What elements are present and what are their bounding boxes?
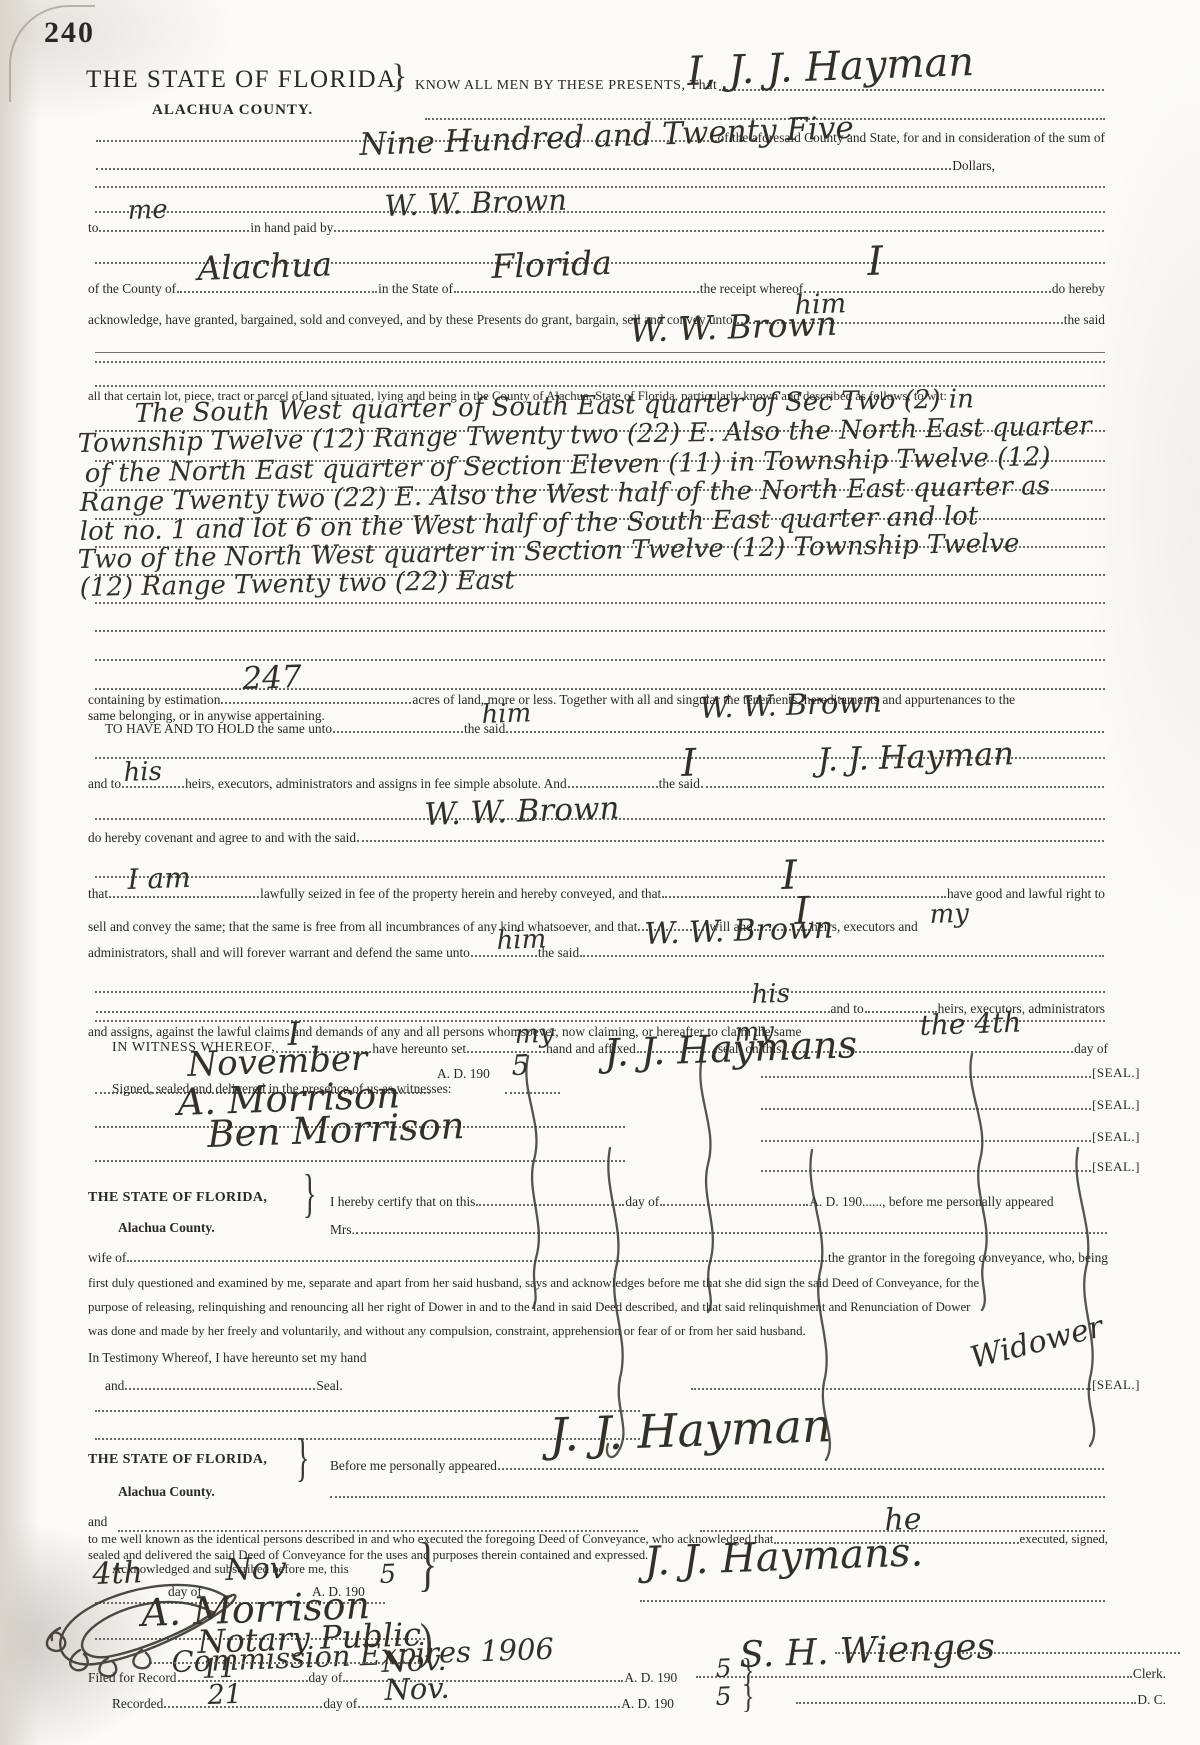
rule [164, 1706, 322, 1708]
grantor-signature-2-handwriting: J. J. Hayman [817, 737, 1014, 776]
testimony-label: In Testimony Whereof, I have hereunto se… [88, 1350, 367, 1366]
seal-row-2: [SEAL.] [760, 1098, 1140, 1113]
rule [95, 211, 1105, 213]
containing-row: containing by estimationacres of land, m… [88, 692, 1105, 707]
filed-year-handwriting: 5 [715, 1655, 732, 1681]
ack-day-handwriting: 4th [92, 1558, 143, 1590]
recorded-label: Recorded [112, 1696, 163, 1711]
rule [696, 1676, 1132, 1678]
seal-label-4: [SEAL.] [1092, 1160, 1140, 1175]
recorded-ad-label: A. D. 190 [621, 1696, 674, 1711]
dollars-label: Dollars, [952, 158, 995, 173]
rule [761, 1170, 1091, 1172]
rule [660, 1204, 808, 1206]
rule [506, 731, 1104, 733]
ack-state-title: THE STATE OF FLORIDA, [88, 1452, 267, 1468]
i-am-handwriting: I am [127, 864, 191, 894]
deed-record-page: 240 THE STATE OF FLORIDA, } ALACHUA COUN… [0, 0, 1200, 1745]
heirs-row: and toheirs, executors, administrators a… [88, 776, 1105, 791]
rule [568, 786, 658, 788]
date-handwriting: the 4th [919, 1008, 1022, 1040]
dollars-row: Dollars, [95, 158, 1105, 173]
rule [334, 230, 1104, 232]
my-handwriting: my [929, 901, 969, 928]
paid-by-row: toin hand paid by [88, 220, 1105, 235]
rule [330, 1496, 1105, 1498]
dower-seal-row: [SEAL.] [690, 1378, 1140, 1393]
covenant-label: do hereby covenant and agree to and with… [88, 830, 356, 845]
rule [498, 1468, 1104, 1470]
warrant-label: administrators, shall and will forever w… [88, 945, 470, 960]
mrs-row: Mrs. [330, 1222, 1108, 1237]
clerk-label: Clerk. [1133, 1666, 1166, 1681]
my1-handwriting: my [514, 1021, 554, 1048]
dower-day-of-label: day of [625, 1194, 659, 1209]
rule [761, 1108, 1091, 1110]
wife-of-row: wife ofthe grantor in the foregoing conv… [88, 1250, 1108, 1265]
rule [96, 1011, 830, 1013]
rule [467, 1051, 545, 1053]
to-have-row: TO HAVE AND TO HOLD the same untothe sai… [105, 721, 1105, 736]
rule [177, 291, 377, 293]
rule [796, 1702, 1136, 1704]
to-have-signature-handwriting: W. W. Brown [699, 688, 882, 723]
containing-label: containing by estimation [88, 692, 220, 707]
state-title: THE STATE OF FLORIDA, [86, 66, 404, 94]
state-handwriting: Florida [491, 246, 613, 283]
sell-label: sell and convey the same; that the same … [88, 919, 637, 934]
receipt-i-handwriting: I [867, 241, 884, 282]
to-have-label: TO HAVE AND TO HOLD the same unto [105, 721, 332, 736]
of-county-label: of the County of [88, 281, 176, 296]
clerk-row: Clerk. [695, 1666, 1166, 1681]
recorded-day-handwriting: 21 [207, 1681, 242, 1709]
ack-date-brace: } [418, 1528, 437, 1599]
county-subtitle: ALACHUA COUNTY. [152, 102, 313, 119]
seal-row-4: [SEAL.] [760, 1160, 1140, 1175]
opening-label: KNOW ALL MEN BY THESE PRESENTS, That [415, 78, 718, 94]
seal-row-3: [SEAL.] [760, 1130, 1140, 1145]
grantor-line-label: the grantor in the foregoing conveyance,… [828, 1250, 1108, 1265]
heirs-label: heirs, executors, administrators and ass… [185, 776, 567, 791]
the-said-label: the said [1064, 312, 1105, 327]
seal-row-1: [SEAL.] [760, 1066, 1140, 1081]
dower-county-title: Alachua County. [118, 1220, 215, 1236]
and-to2-label: and to [831, 1001, 864, 1016]
grantor-seal-signature-handwriting: J. J. Haymans [604, 1025, 858, 1072]
appeared-row: Before me personally appeared [330, 1458, 1105, 1473]
wife-of-label: wife of [88, 1250, 126, 1265]
dower-body-3: was done and made by her freely and volu… [88, 1324, 806, 1339]
rule [96, 168, 951, 170]
witness2-signature-handwriting: Ben Morrison [207, 1107, 465, 1153]
dower-seal-label: [SEAL.] [1092, 1378, 1140, 1393]
rule [95, 602, 1105, 604]
page-number: 240 [44, 16, 95, 50]
acres-handwriting: 247 [242, 662, 302, 695]
rule [580, 955, 1104, 957]
in-state-label: in the State of [378, 281, 453, 296]
receipt-label: the receipt whereof [700, 281, 803, 296]
ack-county-title: Alachua County. [118, 1484, 215, 1500]
rule [476, 1204, 624, 1206]
paid-by-handwriting: W. W. Brown [384, 186, 567, 221]
and-seal-row: andSeal. [105, 1378, 365, 1393]
rule [454, 291, 699, 293]
seal-label-2: [SEAL.] [1092, 1098, 1140, 1113]
day-of-label: day of [1074, 1041, 1108, 1056]
appeared-signature-handwriting: J. J. Hayman [548, 1402, 832, 1458]
dower-body-2: purpose of releasing, relinquishing and … [88, 1300, 970, 1315]
lawful-right-label: have good and lawful right to [947, 886, 1105, 901]
do-hereby-label: do hereby [1052, 281, 1105, 296]
grantor-name-handwriting: I, J. J. Hayman [687, 42, 975, 92]
dower-brace: } [303, 1166, 316, 1227]
rule [125, 1388, 315, 1390]
rule [640, 1600, 1105, 1602]
known-row: to me well known as the identical person… [88, 1532, 1108, 1547]
acknowledge-row: acknowledge, have granted, bargained, so… [88, 312, 1105, 327]
rule [505, 1092, 560, 1094]
to-me-handwriting: me [127, 197, 168, 224]
executed-label: executed, signed, [1020, 1532, 1108, 1547]
rule [701, 786, 1104, 788]
recorded-day-of-label: day of [323, 1696, 357, 1711]
before-label: Before me personally appeared [330, 1458, 497, 1473]
ack-brace: } [296, 1430, 309, 1491]
seal-label-1: [SEAL.] [1092, 1066, 1140, 1081]
county-handwriting: Alachua [197, 247, 333, 285]
rule [358, 1706, 620, 1708]
dc-label: D. C. [1137, 1692, 1166, 1707]
ad-label: A. D. 190 [437, 1066, 490, 1082]
rule [333, 731, 463, 733]
to-have-him-handwriting: him [481, 700, 532, 728]
rule [691, 1388, 1091, 1390]
certify-label: I hereby certify that on this [330, 1194, 475, 1209]
rule [95, 352, 1105, 353]
rule [127, 1260, 827, 1262]
rule [95, 630, 1105, 632]
rule [357, 840, 1104, 842]
hereunto-label: have hereunto set [372, 1041, 466, 1056]
filed-day-of-label: day of [309, 1670, 343, 1685]
filed-label: Filed for Record [88, 1670, 177, 1685]
ack-and-label: and [88, 1514, 107, 1530]
rule [150, 1662, 420, 1664]
rule [221, 702, 411, 704]
covenant-row: do hereby covenant and agree to and with… [88, 830, 1105, 845]
dower-ad-label: A. D. 190......, before me personally ap… [809, 1194, 1053, 1209]
filed-ad-label: A. D. 190 [624, 1670, 677, 1685]
sealed-line: sealed and delivered the said Deed of Co… [88, 1548, 648, 1563]
rule [761, 1076, 1091, 1078]
ack-month-handwriting: Nov [225, 1554, 287, 1586]
dower-certify-row: I hereby certify that on thisday ofA. D.… [330, 1194, 1108, 1209]
rule [99, 230, 249, 232]
and-label: and [105, 1378, 124, 1393]
grantee-signature-handwriting: W. W. Brown [629, 307, 838, 347]
rule [356, 1232, 1107, 1234]
and-to-label: and to [88, 776, 121, 791]
year-handwriting: 5 [511, 1051, 530, 1080]
rule [178, 1680, 308, 1682]
recorded-brace: } [742, 1678, 754, 1717]
warrant-row: administrators, shall and will forever w… [88, 945, 1105, 960]
his2-handwriting: his [751, 981, 790, 1008]
rule [109, 896, 259, 898]
mrs-label: Mrs. [330, 1222, 355, 1237]
and-i-handwriting: I [681, 743, 697, 782]
widower-handwriting: Widower [968, 1312, 1106, 1374]
dower-body-1: first duly questioned and examined by me… [88, 1276, 979, 1291]
dower-state-title: THE STATE OF FLORIDA, [88, 1190, 267, 1206]
header-brace: } [391, 58, 407, 96]
rule [95, 361, 1105, 363]
in-hand-label: in hand paid by [250, 220, 333, 235]
rule [95, 1160, 625, 1162]
ack-grantor-signature-handwriting: J. J. Haymans. [644, 1532, 924, 1582]
covenant-signature-handwriting: W. W. Brown [424, 793, 620, 831]
rule [95, 991, 1105, 993]
warrant-signature-handwriting: W. W. Brown [644, 913, 834, 950]
rule [95, 186, 1105, 188]
that-label: that [88, 886, 108, 901]
description-line-7: (12) Range Twenty two (22) East [80, 567, 515, 601]
seal-word-label: Seal. [316, 1378, 342, 1393]
rule [761, 1140, 1091, 1142]
recorded-year-handwriting: 5 [715, 1683, 732, 1709]
seized-label: lawfully seized in fee of the property h… [260, 886, 661, 901]
to-label: to [88, 220, 98, 235]
rule [95, 876, 1105, 878]
ack-year-handwriting: 5 [379, 1561, 396, 1588]
recorded-month-handwriting: Nov. [384, 1674, 450, 1705]
dc-row: D. C. [795, 1692, 1166, 1707]
his-handwriting: his [123, 759, 162, 786]
warrant-him-handwriting: him [496, 926, 547, 954]
seal-label-3: [SEAL.] [1092, 1130, 1140, 1145]
